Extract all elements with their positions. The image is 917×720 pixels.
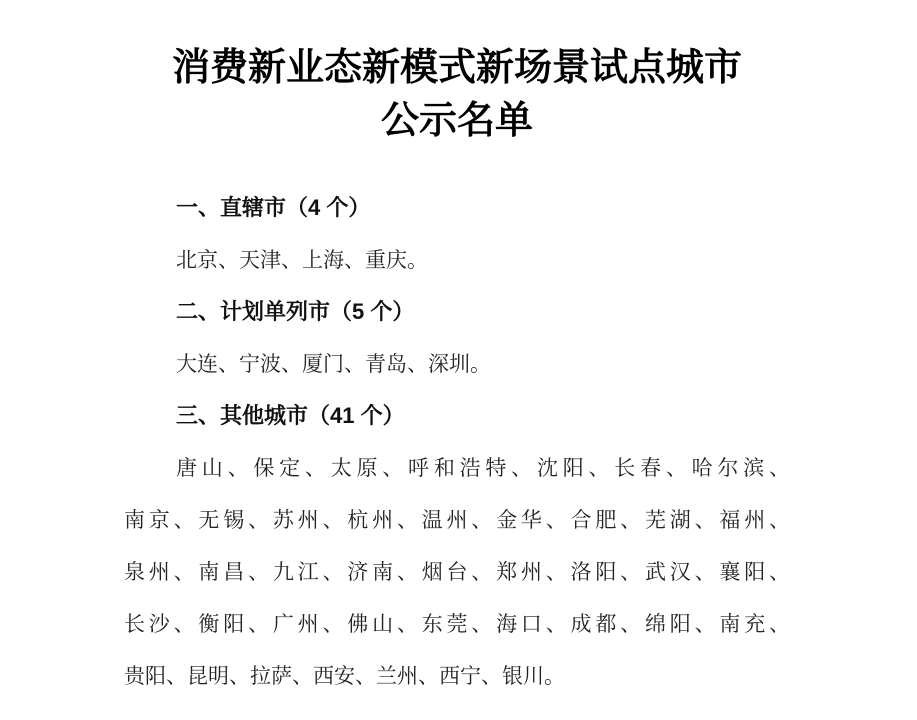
document-page: 消费新业态新模式新场景试点城市 公示名单 一、直辖市（4 个） 北京、天津、上海… <box>0 0 917 720</box>
section-municipalities: 一、直辖市（4 个） 北京、天津、上海、重庆。 <box>124 182 790 286</box>
section-planned-cities: 二、计划单列市（5 个） 大连、宁波、厦门、青岛、深圳。 <box>124 286 790 390</box>
document-title-line-1: 消费新业态新模式新场景试点城市 <box>124 42 790 95</box>
section-heading-municipalities: 一、直辖市（4 个） <box>176 182 790 234</box>
city-list-line: 唐山、保定、太原、呼和浩特、沈阳、长春、哈尔滨、 <box>124 442 790 494</box>
city-list-line: 大连、宁波、厦门、青岛、深圳。 <box>124 338 790 390</box>
document-title: 消费新业态新模式新场景试点城市 公示名单 <box>124 42 790 148</box>
city-list-line: 北京、天津、上海、重庆。 <box>124 234 790 286</box>
document-title-line-2: 公示名单 <box>124 95 790 148</box>
city-list-line: 长沙、衡阳、广州、佛山、东莞、海口、成都、绵阳、南充、 <box>124 598 790 650</box>
section-other-cities: 三、其他城市（41 个） 唐山、保定、太原、呼和浩特、沈阳、长春、哈尔滨、 南京… <box>124 390 790 702</box>
section-heading-other-cities: 三、其他城市（41 个） <box>176 390 790 442</box>
city-list-line: 南京、无锡、苏州、杭州、温州、金华、合肥、芜湖、福州、 <box>124 494 790 546</box>
city-list-line: 泉州、南昌、九江、济南、烟台、郑州、洛阳、武汉、襄阳、 <box>124 546 790 598</box>
city-list-line: 贵阳、昆明、拉萨、西安、兰州、西宁、银川。 <box>124 650 790 702</box>
section-heading-planned-cities: 二、计划单列市（5 个） <box>176 286 790 338</box>
